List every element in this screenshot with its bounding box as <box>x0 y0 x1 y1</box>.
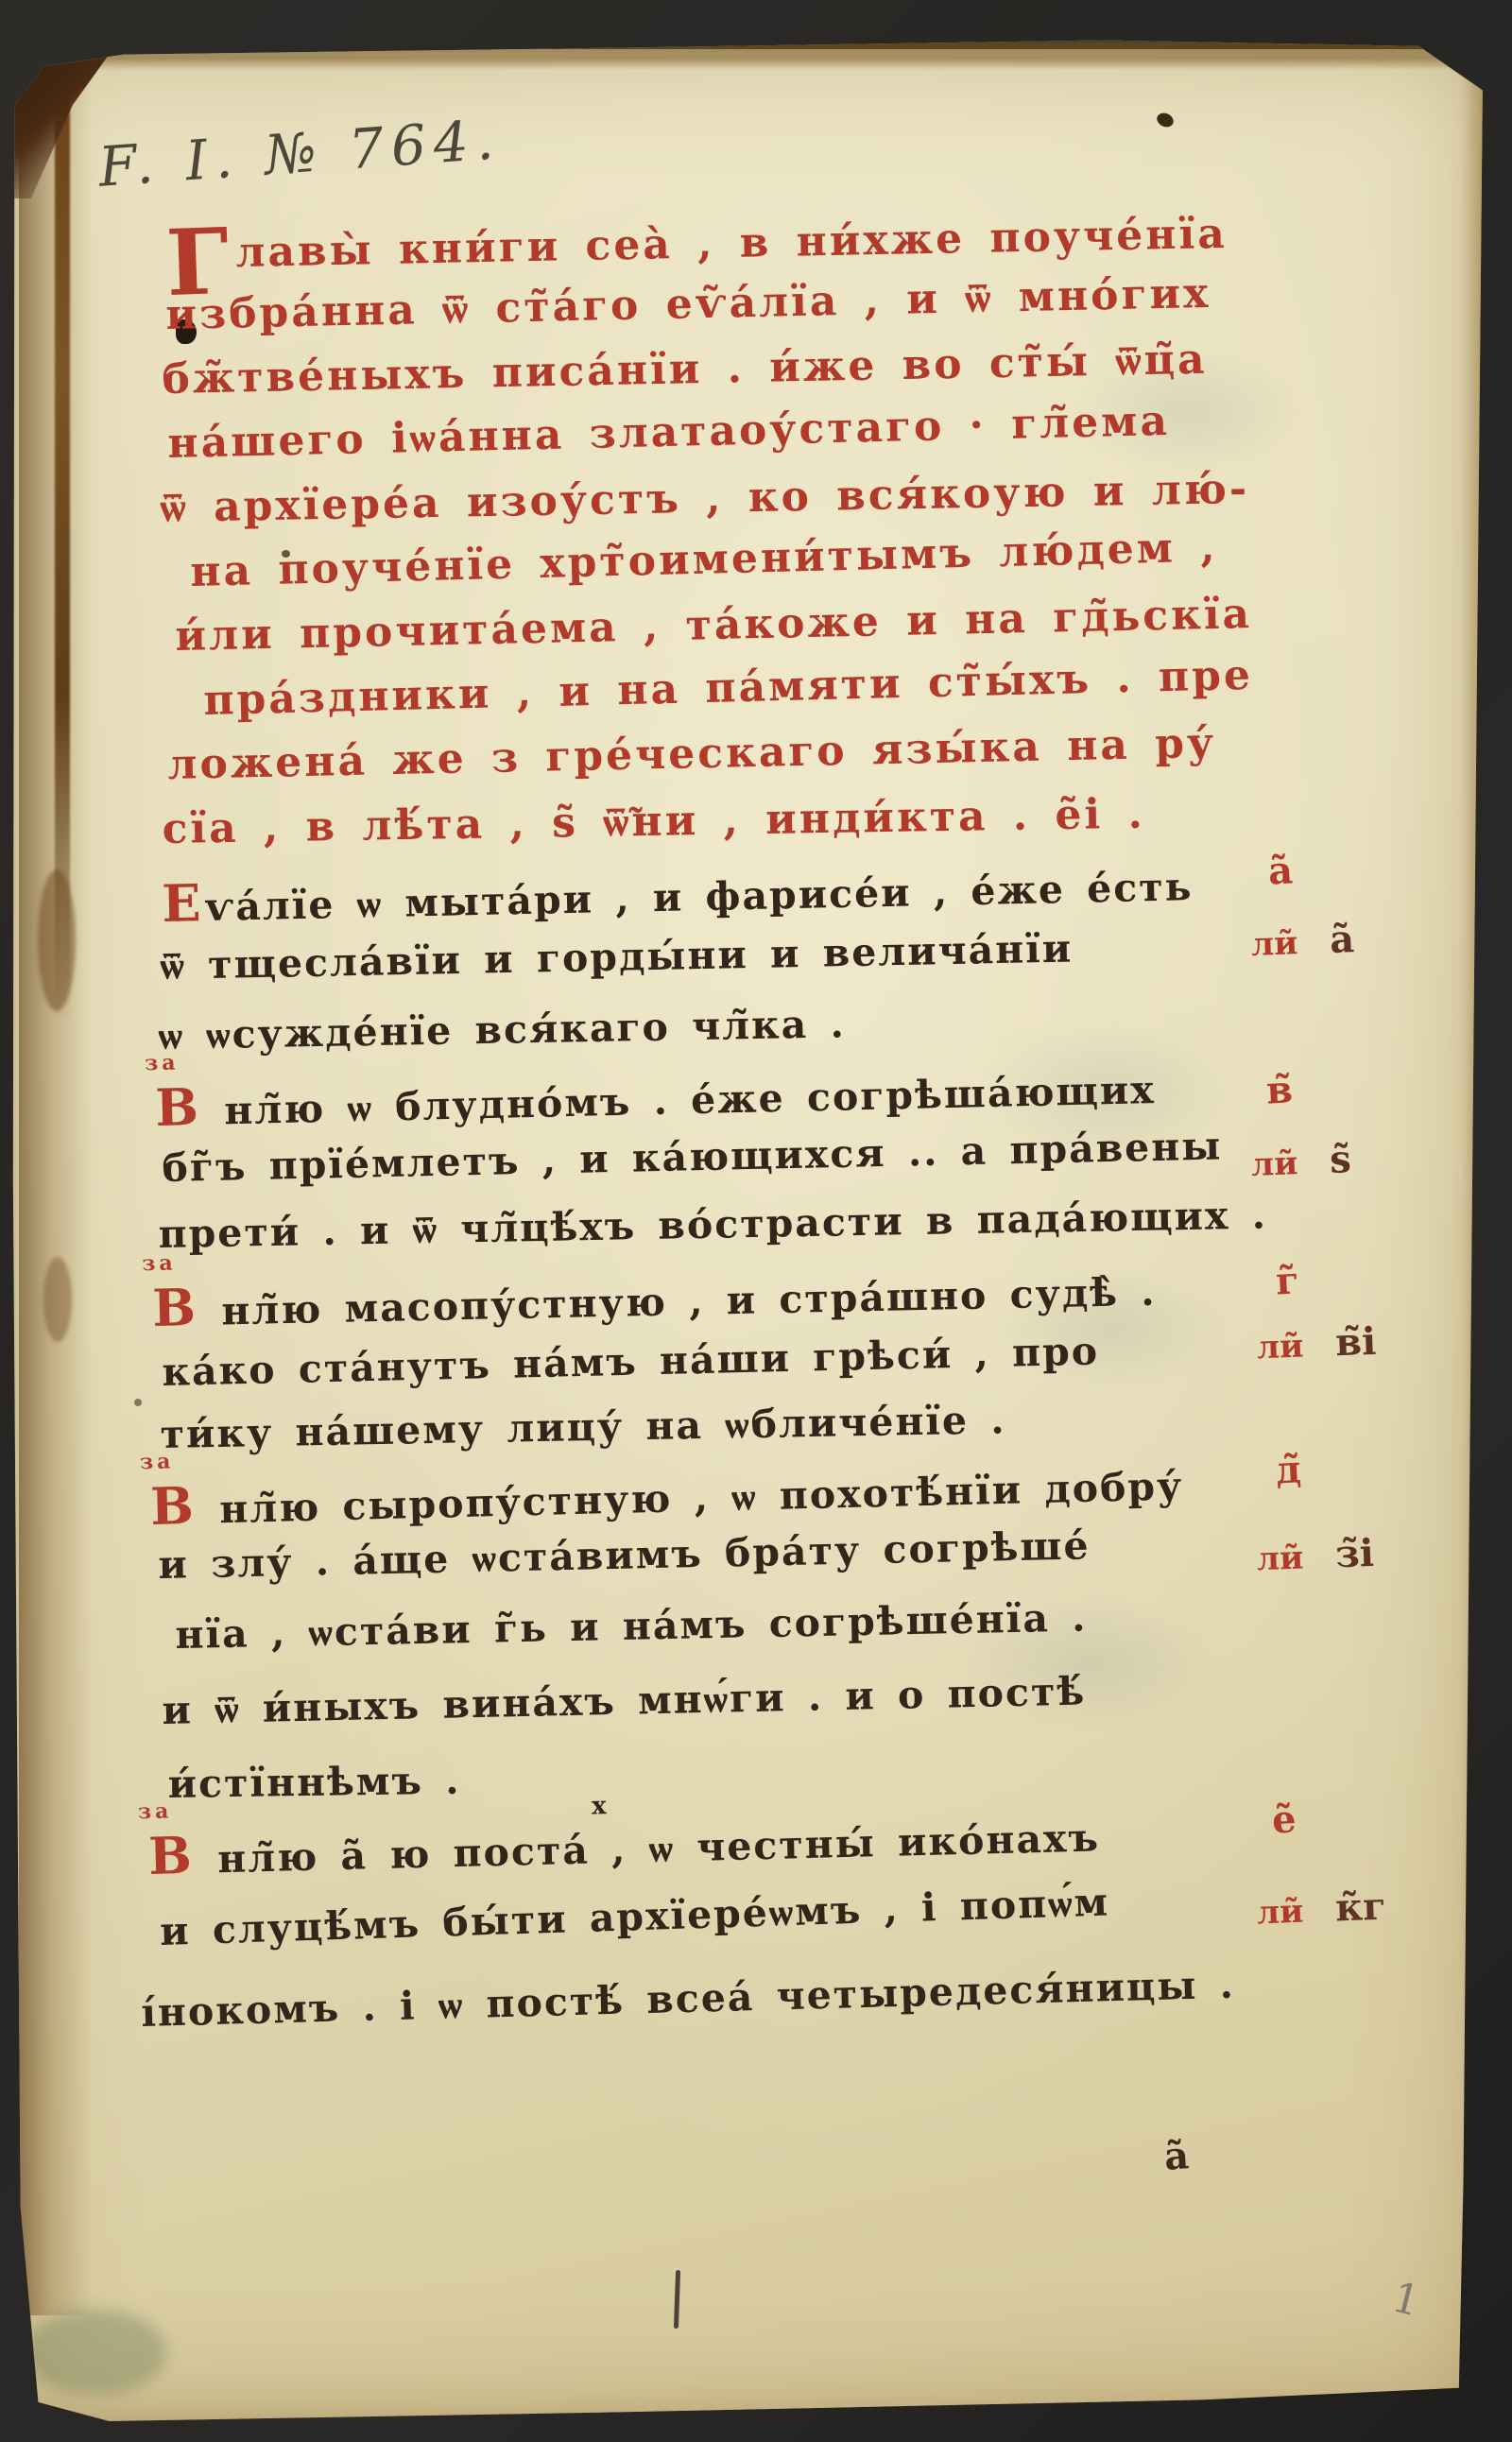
photo-backdrop: F. I. № 764. Г лавы̀ кни́ги сеа̀ , в ни́… <box>0 0 1512 2442</box>
folio-label: ли̃ <box>1256 1539 1304 1578</box>
folio-label: ли̃ <box>1250 1144 1298 1184</box>
folio-number: з̃і <box>1334 1531 1374 1576</box>
quire-signature: а̃ <box>1162 2133 1190 2179</box>
green-tinge-bottom-left <box>25 2310 166 2395</box>
superscript-kh: х <box>592 1792 609 1820</box>
folio-number: в̃і <box>1334 1319 1377 1365</box>
page-top-burn-edge <box>6 38 1486 70</box>
binding-stain <box>38 869 76 1011</box>
red-initial: В <box>155 1076 201 1138</box>
chapter-number: в̃ <box>1265 1067 1294 1112</box>
folio-reference: ли̃в̃і <box>1256 1319 1377 1367</box>
folio-reference: ли̃а̃ <box>1250 917 1355 965</box>
ink-speck <box>134 1399 142 1406</box>
zachalo-mark: за <box>145 1050 180 1075</box>
folio-label: ли̃ <box>1250 924 1298 964</box>
ink-speck <box>1155 111 1176 129</box>
red-initial: В <box>152 1277 198 1338</box>
chapter-number: д̃ <box>1275 1447 1302 1492</box>
red-initial: В <box>149 1475 196 1537</box>
zachalo-mark: за <box>138 1798 173 1824</box>
folio-reference: ли̃к̃г <box>1256 1884 1386 1934</box>
chapter-number: е̃ <box>1271 1797 1297 1842</box>
folio-number: а̃ <box>1329 917 1355 962</box>
folio-label: ли̃ <box>1256 1327 1304 1367</box>
folio-number: к̃г <box>1334 1884 1386 1931</box>
folio-label: ли̃ <box>1256 1893 1304 1933</box>
red-initial: Е <box>162 872 204 934</box>
page-right-edge <box>1461 38 1486 2421</box>
zachalo-mark: за <box>142 1250 177 1276</box>
zachalo-mark: за <box>140 1449 175 1474</box>
folio-reference: ли̃ѕ̃ <box>1250 1137 1351 1185</box>
line-text: и́стїннѣмъ . <box>167 1758 460 1807</box>
chapter-number: а̃ <box>1267 848 1294 893</box>
chapter-number: г̃ <box>1275 1258 1300 1303</box>
folio-reference: ли̃з̃і <box>1256 1531 1375 1579</box>
text-line: и́стїннѣмъ . <box>167 1758 460 1807</box>
folio-number: ѕ̃ <box>1329 1137 1351 1182</box>
binding-stain <box>43 1257 72 1342</box>
red-initial: В <box>147 1825 194 1886</box>
